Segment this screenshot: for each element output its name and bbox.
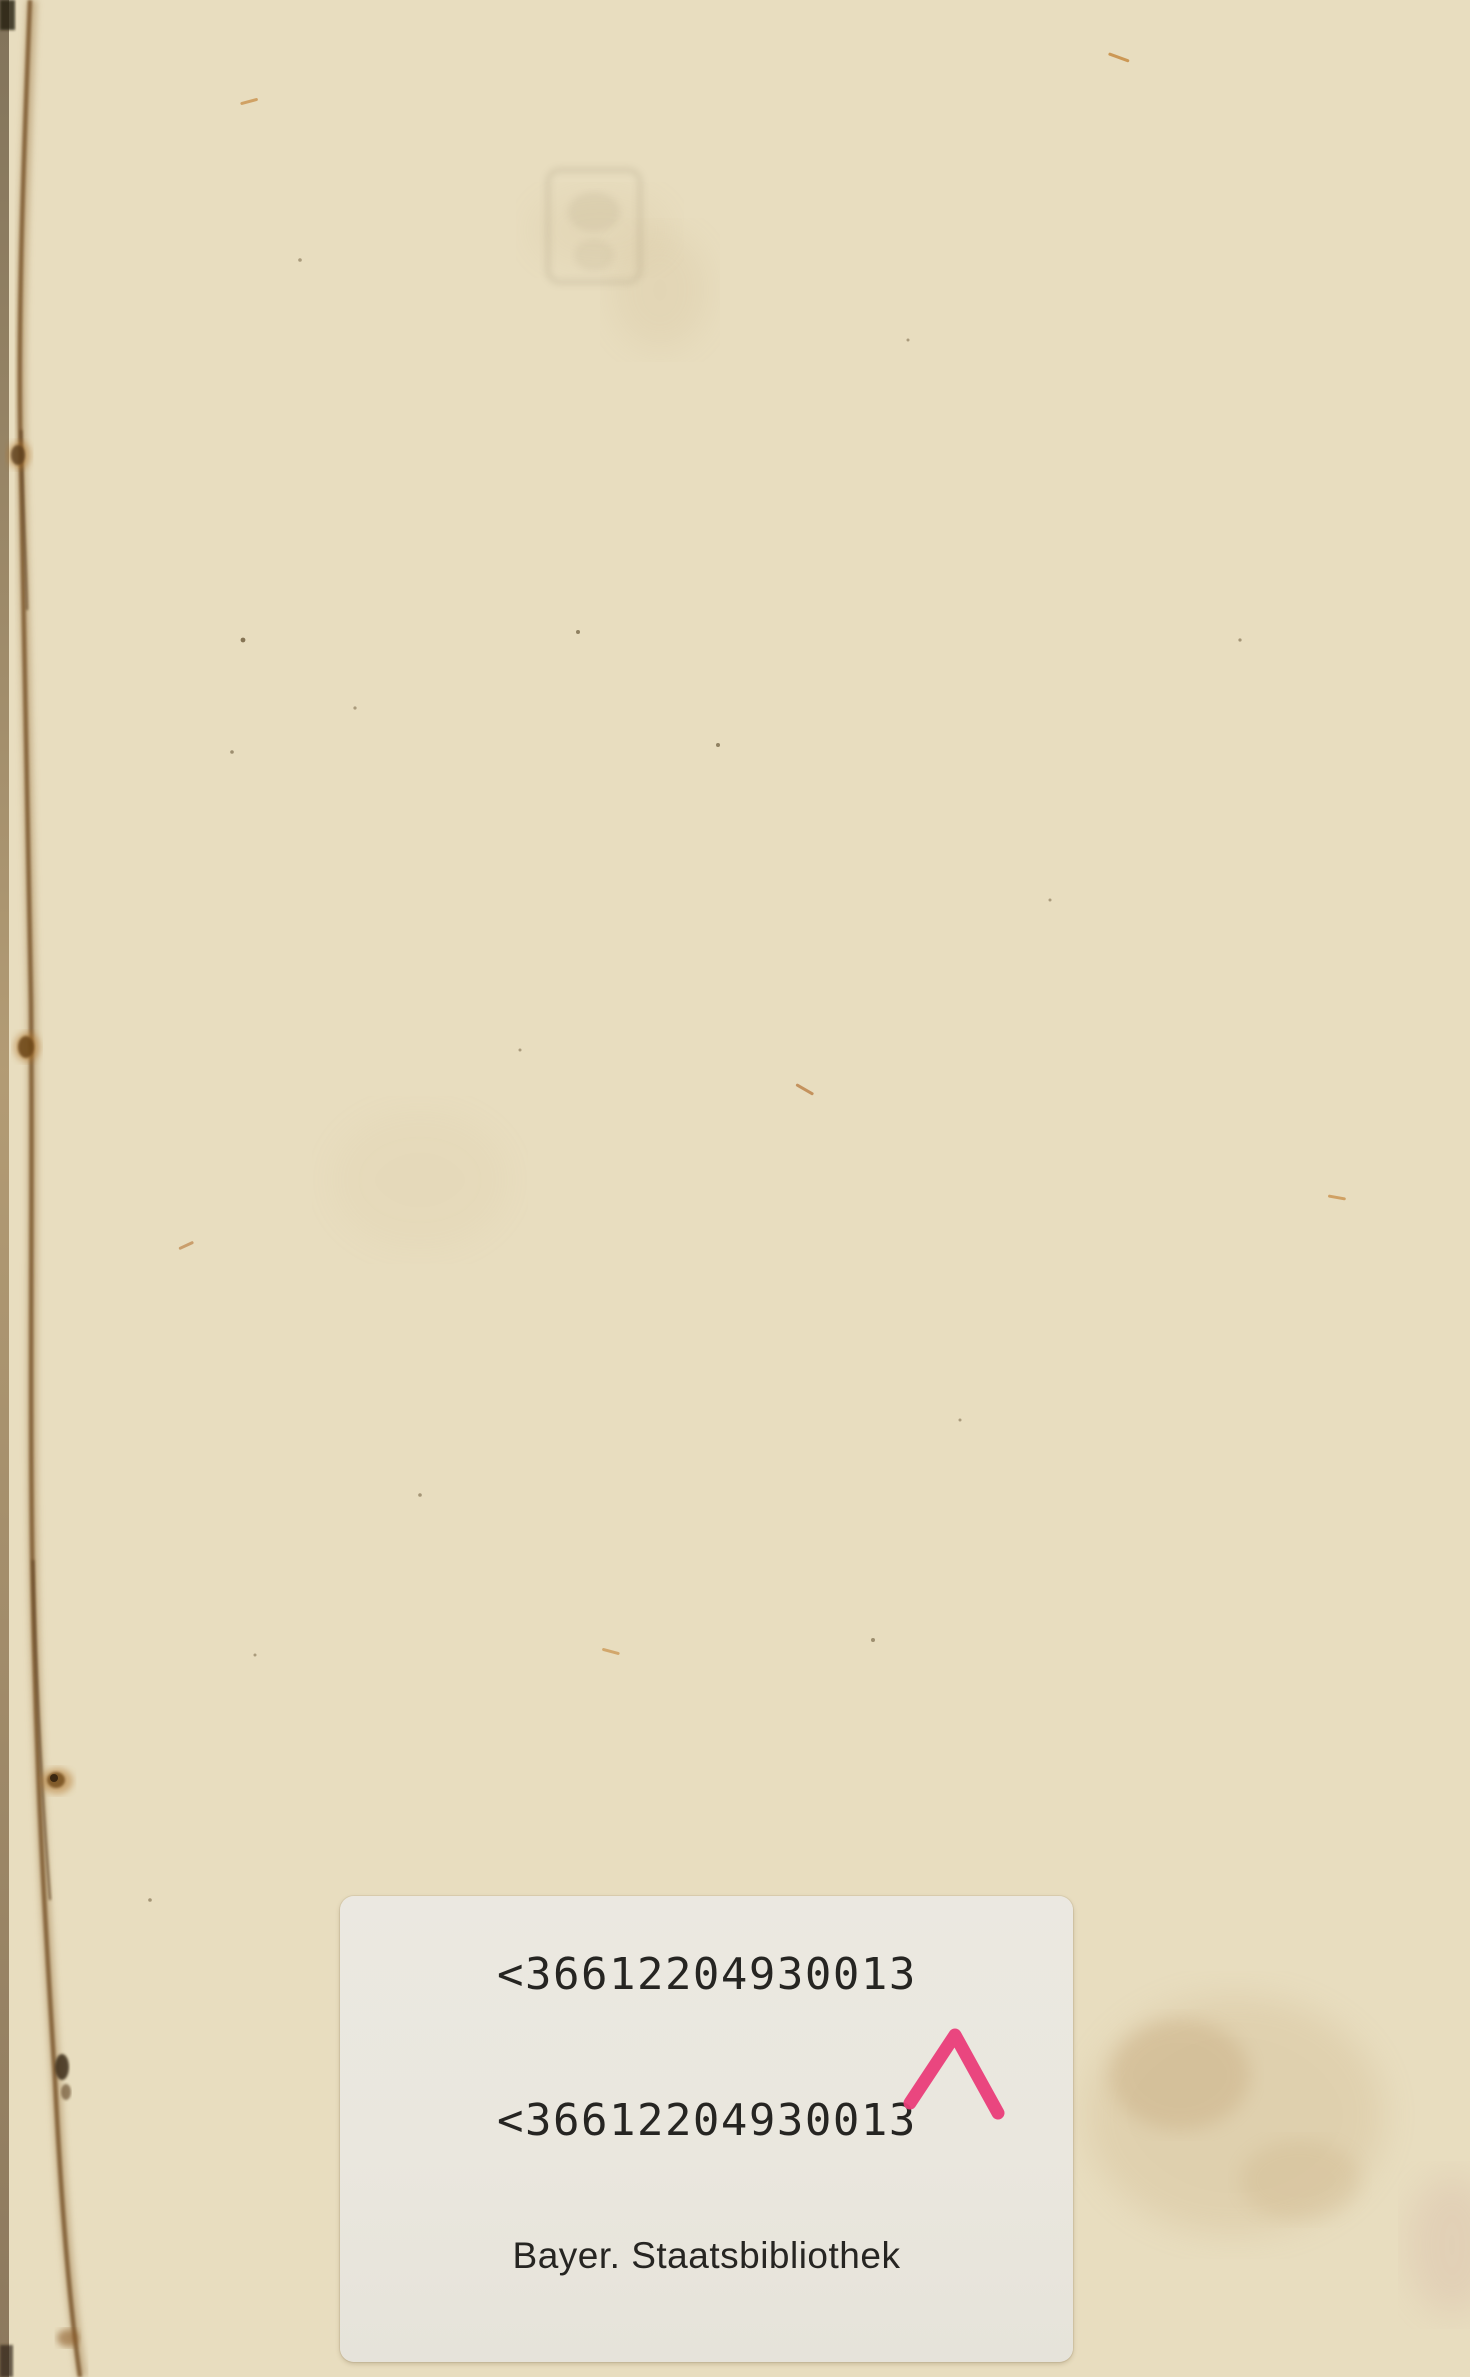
paper-specks xyxy=(148,52,1346,2058)
binding-crease xyxy=(20,0,82,2377)
library-label: <36612204930013 <36612204930013 Bayer. S… xyxy=(340,1896,1073,2362)
pink-caret-mark xyxy=(895,2021,1015,2126)
library-name: Bayer. Staatsbibliothek xyxy=(340,2237,1073,2275)
scan-edge xyxy=(0,0,15,2377)
barcode-number-first: <36612204930013 xyxy=(497,1953,917,1997)
sewing-knots xyxy=(7,441,79,2347)
barcode-number-second: <36612204930013 xyxy=(497,2099,917,2143)
book-page-scan: <36612204930013 <36612204930013 Bayer. S… xyxy=(0,0,1470,2377)
